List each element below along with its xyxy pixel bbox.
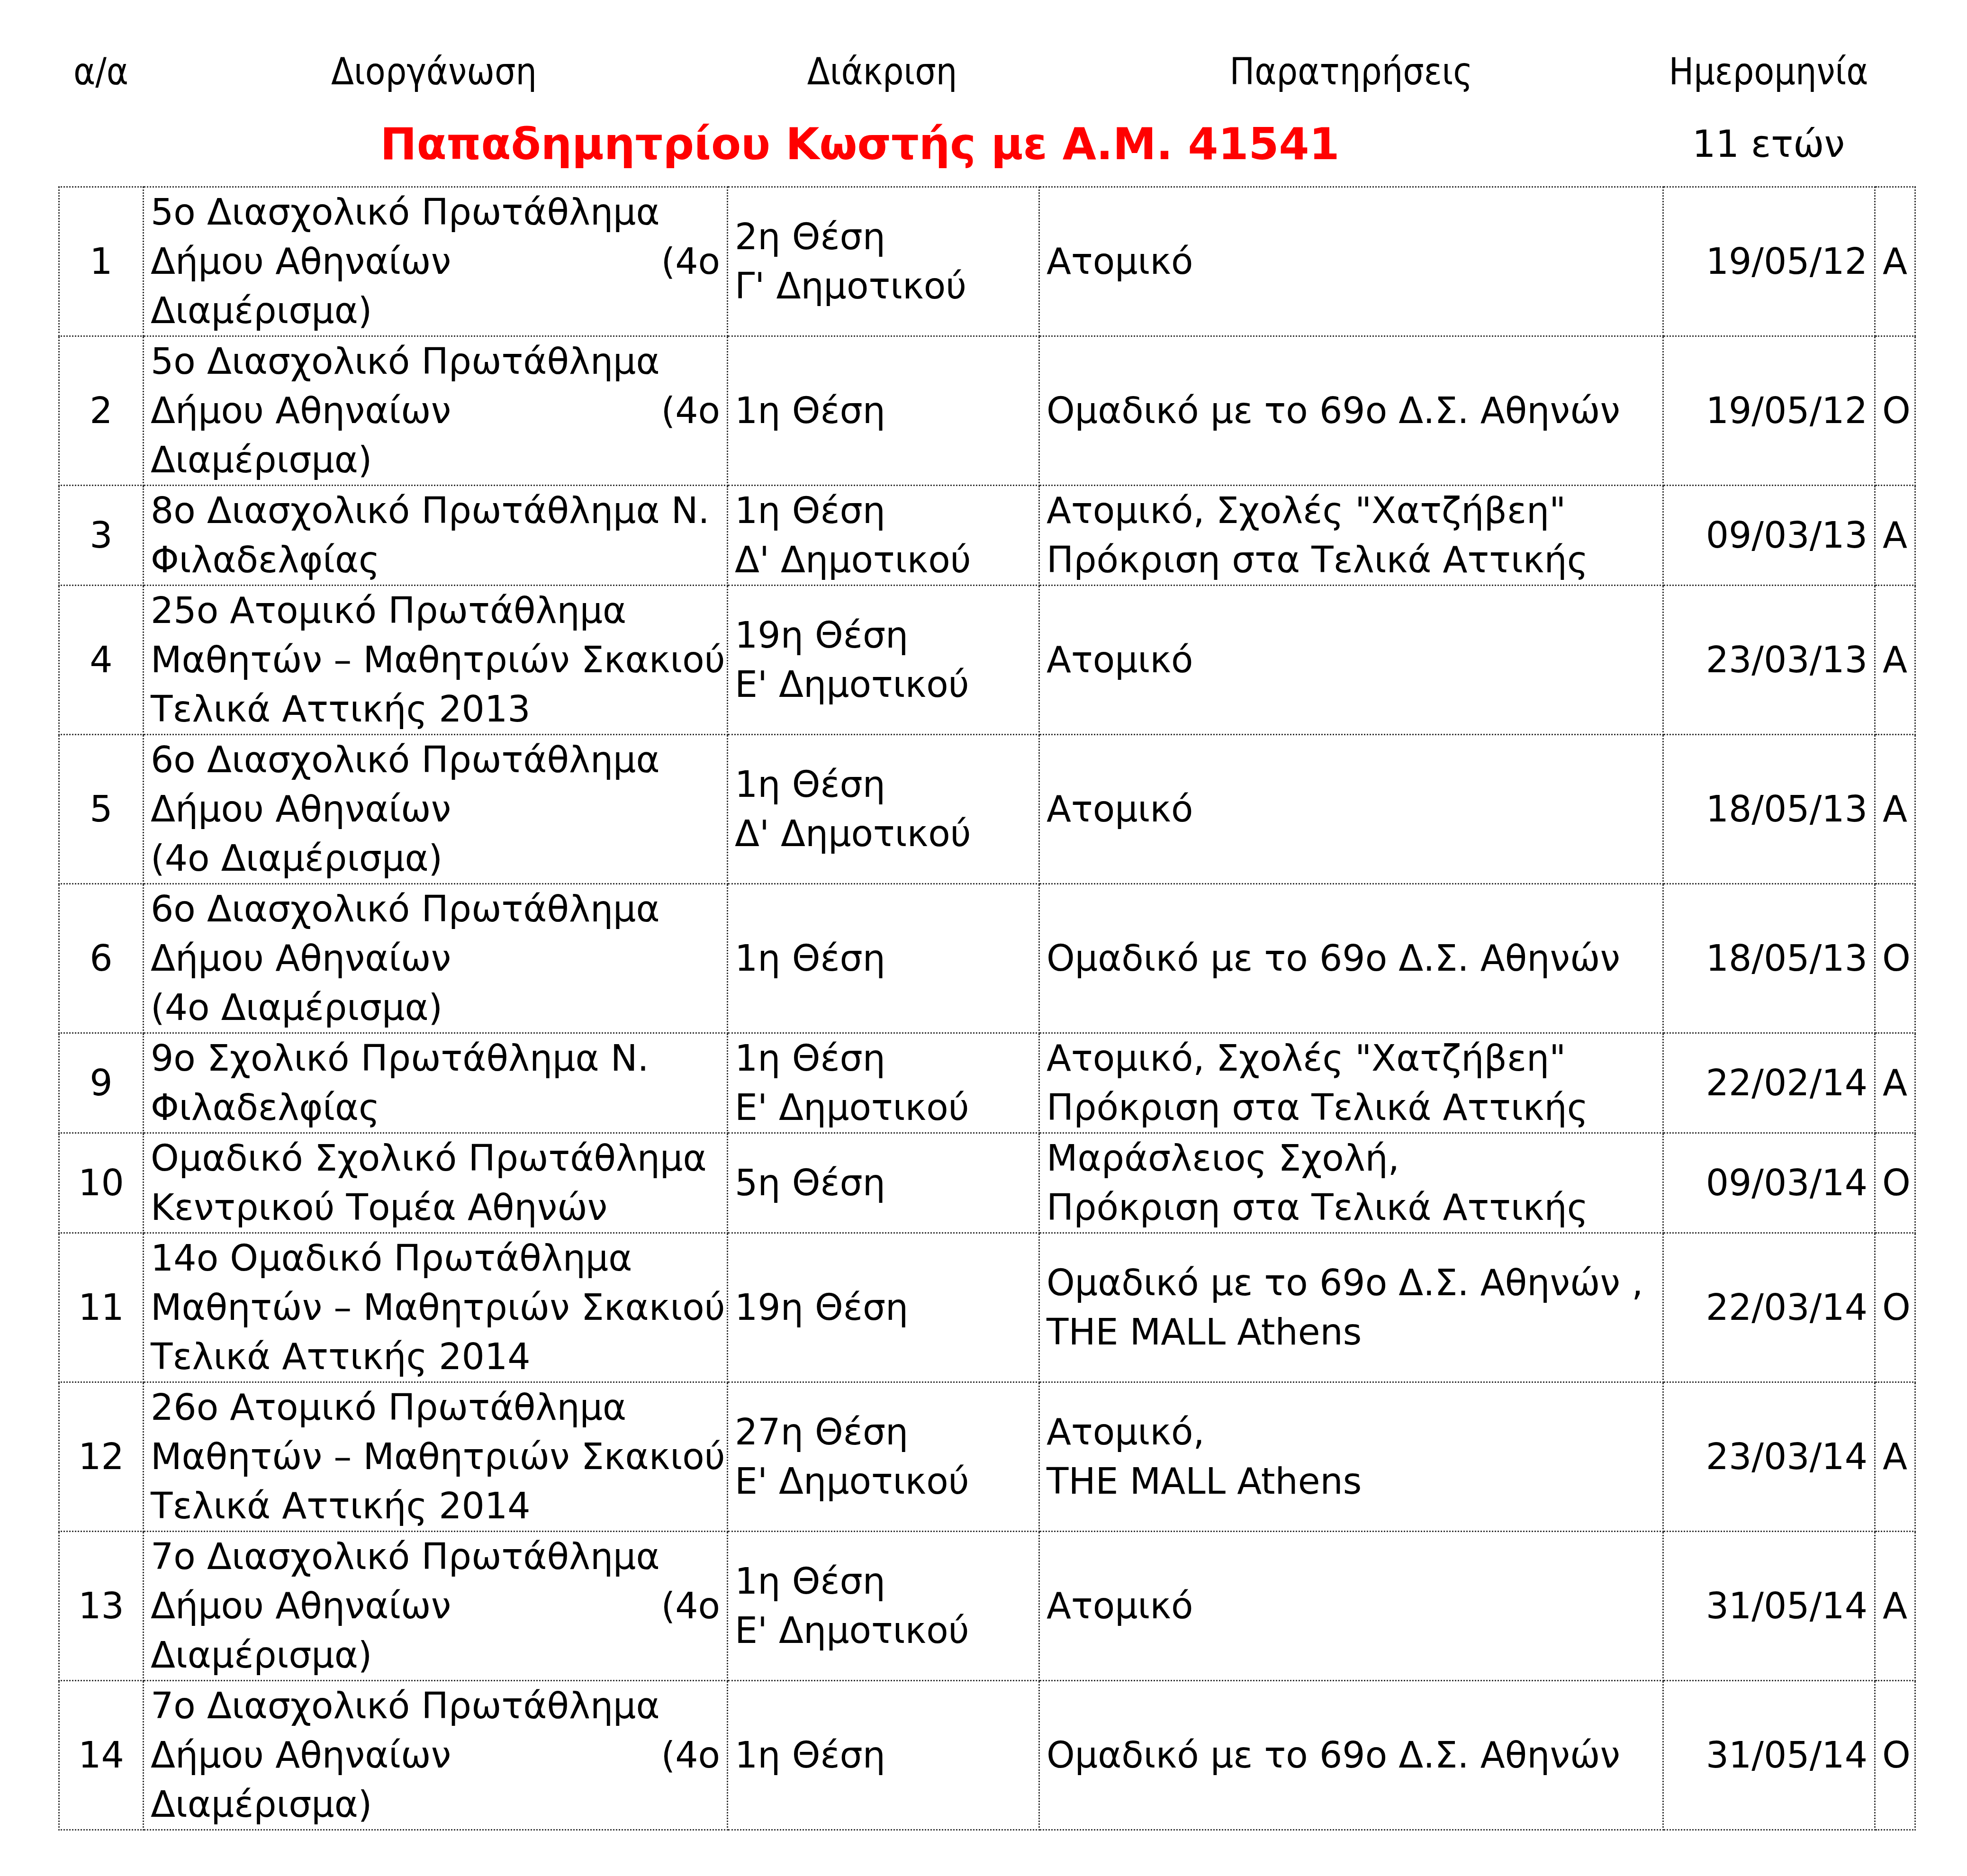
date-cell: 19/05/12 [1663, 187, 1875, 336]
date-cell: 22/02/14 [1663, 1033, 1875, 1133]
date-cell: 18/05/13 [1663, 735, 1875, 884]
table-row: 425ο Ατομικό ΠρωτάθλημαΜαθητών – Μαθητρι… [59, 586, 1915, 735]
row-number: 11 [59, 1233, 144, 1382]
type-cell: Ο [1875, 1133, 1915, 1233]
type-cell: Α [1875, 735, 1915, 884]
event-cell: 14ο Ομαδικό ΠρωτάθλημαΜαθητών – Μαθητριώ… [144, 1233, 728, 1382]
row-number: 14 [59, 1681, 144, 1830]
event-cell: 8ο Διασχολικό Πρωτάθλημα Ν.Φιλαδελφίας [144, 486, 728, 586]
table-row: 137ο Διασχολικό ΠρωτάθλημαΔήμου Αθηναίων… [59, 1532, 1915, 1681]
event-cell: 25ο Ατομικό ΠρωτάθλημαΜαθητών – Μαθητριώ… [144, 586, 728, 735]
event-cell: 7ο Διασχολικό ΠρωτάθλημαΔήμου Αθηναίων(4… [144, 1532, 728, 1681]
row-number: 2 [59, 336, 144, 486]
column-header-serial: α/α [73, 47, 128, 97]
event-cell: 5ο Διασχολικό ΠρωτάθλημαΔήμου Αθηναίων(4… [144, 336, 728, 486]
table-row: 25ο Διασχολικό ΠρωτάθλημαΔήμου Αθηναίων(… [59, 336, 1915, 486]
row-number: 10 [59, 1133, 144, 1233]
distinction-cell: 1η Θέση [728, 336, 1039, 486]
distinction-cell: 1η ΘέσηΔ' Δημοτικού [728, 735, 1039, 884]
table-row: 147ο Διασχολικό ΠρωτάθλημαΔήμου Αθηναίων… [59, 1681, 1915, 1830]
type-cell: Ο [1875, 1233, 1915, 1382]
date-cell: 19/05/12 [1663, 336, 1875, 486]
table-row: 15ο Διασχολικό ΠρωτάθλημαΔήμου Αθηναίων(… [59, 187, 1915, 336]
date-cell: 23/03/14 [1663, 1382, 1875, 1532]
results-table: 15ο Διασχολικό ΠρωτάθλημαΔήμου Αθηναίων(… [58, 186, 1916, 1831]
notes-cell: Ατομικό [1039, 1532, 1663, 1681]
date-cell: 23/03/13 [1663, 586, 1875, 735]
type-cell: Α [1875, 586, 1915, 735]
event-cell: 9ο Σχολικό Πρωτάθλημα Ν.Φιλαδελφίας [144, 1033, 728, 1133]
distinction-cell: 2η ΘέσηΓ' Δημοτικού [728, 187, 1039, 336]
row-number: 9 [59, 1033, 144, 1133]
type-cell: Ο [1875, 884, 1915, 1033]
column-header-distinction: Διάκριση [807, 47, 957, 97]
notes-cell: Ομαδικό με το 69ο Δ.Σ. Αθηνών [1039, 336, 1663, 486]
table-row: 66ο Διασχολικό ΠρωτάθλημαΔήμου Αθηναίων(… [59, 884, 1915, 1033]
table-row: 1226ο Ατομικό ΠρωτάθλημαΜαθητών – Μαθητρ… [59, 1382, 1915, 1532]
row-number: 4 [59, 586, 144, 735]
row-number: 5 [59, 735, 144, 884]
notes-cell: Ατομικό, Σχολές "Χατζήβεη"Πρόκριση στα Τ… [1039, 1033, 1663, 1133]
distinction-cell: 1η ΘέσηΔ' Δημοτικού [728, 486, 1039, 586]
row-number: 12 [59, 1382, 144, 1532]
type-cell: Α [1875, 187, 1915, 336]
event-cell: 6ο Διασχολικό ΠρωτάθλημαΔήμου Αθηναίων(4… [144, 735, 728, 884]
date-cell: 22/03/14 [1663, 1233, 1875, 1382]
distinction-cell: 1η Θέση [728, 1681, 1039, 1830]
type-cell: Ο [1875, 1681, 1915, 1830]
distinction-cell: 19η ΘέσηΕ' Δημοτικού [728, 586, 1039, 735]
row-number: 3 [59, 486, 144, 586]
type-cell: Α [1875, 1382, 1915, 1532]
event-cell: 5ο Διασχολικό ΠρωτάθλημαΔήμου Αθηναίων(4… [144, 187, 728, 336]
table-row: 56ο Διασχολικό ΠρωτάθλημαΔήμου Αθηναίων(… [59, 735, 1915, 884]
event-cell: 6ο Διασχολικό ΠρωτάθλημαΔήμου Αθηναίων(4… [144, 884, 728, 1033]
distinction-cell: 1η Θέση [728, 884, 1039, 1033]
notes-cell: Ατομικό, Σχολές "Χατζήβεη"Πρόκριση στα Τ… [1039, 486, 1663, 586]
column-header-date: Ημερομηνία [1669, 47, 1868, 97]
column-header-notes: Παρατηρήσεις [1230, 47, 1473, 97]
type-cell: Α [1875, 486, 1915, 586]
table-row: 99ο Σχολικό Πρωτάθλημα Ν.Φιλαδελφίας1η Θ… [59, 1033, 1915, 1133]
notes-cell: Ατομικό [1039, 586, 1663, 735]
distinction-cell: 5η Θέση [728, 1133, 1039, 1233]
date-cell: 09/03/14 [1663, 1133, 1875, 1233]
player-title: Παπαδημητρίου Κωστής με Α.Μ. 41541 [380, 118, 1339, 171]
player-age: 11 ετών [1692, 118, 1845, 171]
notes-cell: Ατομικό [1039, 187, 1663, 336]
date-cell: 09/03/13 [1663, 486, 1875, 586]
row-number: 6 [59, 884, 144, 1033]
date-cell: 31/05/14 [1663, 1681, 1875, 1830]
notes-cell: Ομαδικό με το 69ο Δ.Σ. Αθηνών ,THE MALL … [1039, 1233, 1663, 1382]
event-cell: Ομαδικό Σχολικό ΠρωτάθλημαΚεντρικού Τομέ… [144, 1133, 728, 1233]
table-row: 1114ο Ομαδικό ΠρωτάθλημαΜαθητών – Μαθητρ… [59, 1233, 1915, 1382]
event-cell: 26ο Ατομικό ΠρωτάθλημαΜαθητών – Μαθητριώ… [144, 1382, 728, 1532]
type-cell: Ο [1875, 336, 1915, 486]
notes-cell: Ομαδικό με το 69ο Δ.Σ. Αθηνών [1039, 884, 1663, 1033]
row-number: 1 [59, 187, 144, 336]
notes-cell: Ατομικό,THE MALL Athens [1039, 1382, 1663, 1532]
distinction-cell: 19η Θέση [728, 1233, 1039, 1382]
distinction-cell: 1η ΘέσηΕ' Δημοτικού [728, 1033, 1039, 1133]
table-row: 38ο Διασχολικό Πρωτάθλημα Ν.Φιλαδελφίας1… [59, 486, 1915, 586]
type-cell: Α [1875, 1532, 1915, 1681]
event-cell: 7ο Διασχολικό ΠρωτάθλημαΔήμου Αθηναίων(4… [144, 1681, 728, 1830]
distinction-cell: 27η ΘέσηΕ' Δημοτικού [728, 1382, 1039, 1532]
date-cell: 18/05/13 [1663, 884, 1875, 1033]
row-number: 13 [59, 1532, 144, 1681]
column-header-event: Διοργάνωση [331, 47, 537, 97]
notes-cell: Ατομικό [1039, 735, 1663, 884]
type-cell: Α [1875, 1033, 1915, 1133]
notes-cell: Ομαδικό με το 69ο Δ.Σ. Αθηνών [1039, 1681, 1663, 1830]
date-cell: 31/05/14 [1663, 1532, 1875, 1681]
notes-cell: Μαράσλειος Σχολή,Πρόκριση στα Τελικά Αττ… [1039, 1133, 1663, 1233]
table-row: 10Ομαδικό Σχολικό ΠρωτάθλημαΚεντρικού Το… [59, 1133, 1915, 1233]
distinction-cell: 1η ΘέσηΕ' Δημοτικού [728, 1532, 1039, 1681]
